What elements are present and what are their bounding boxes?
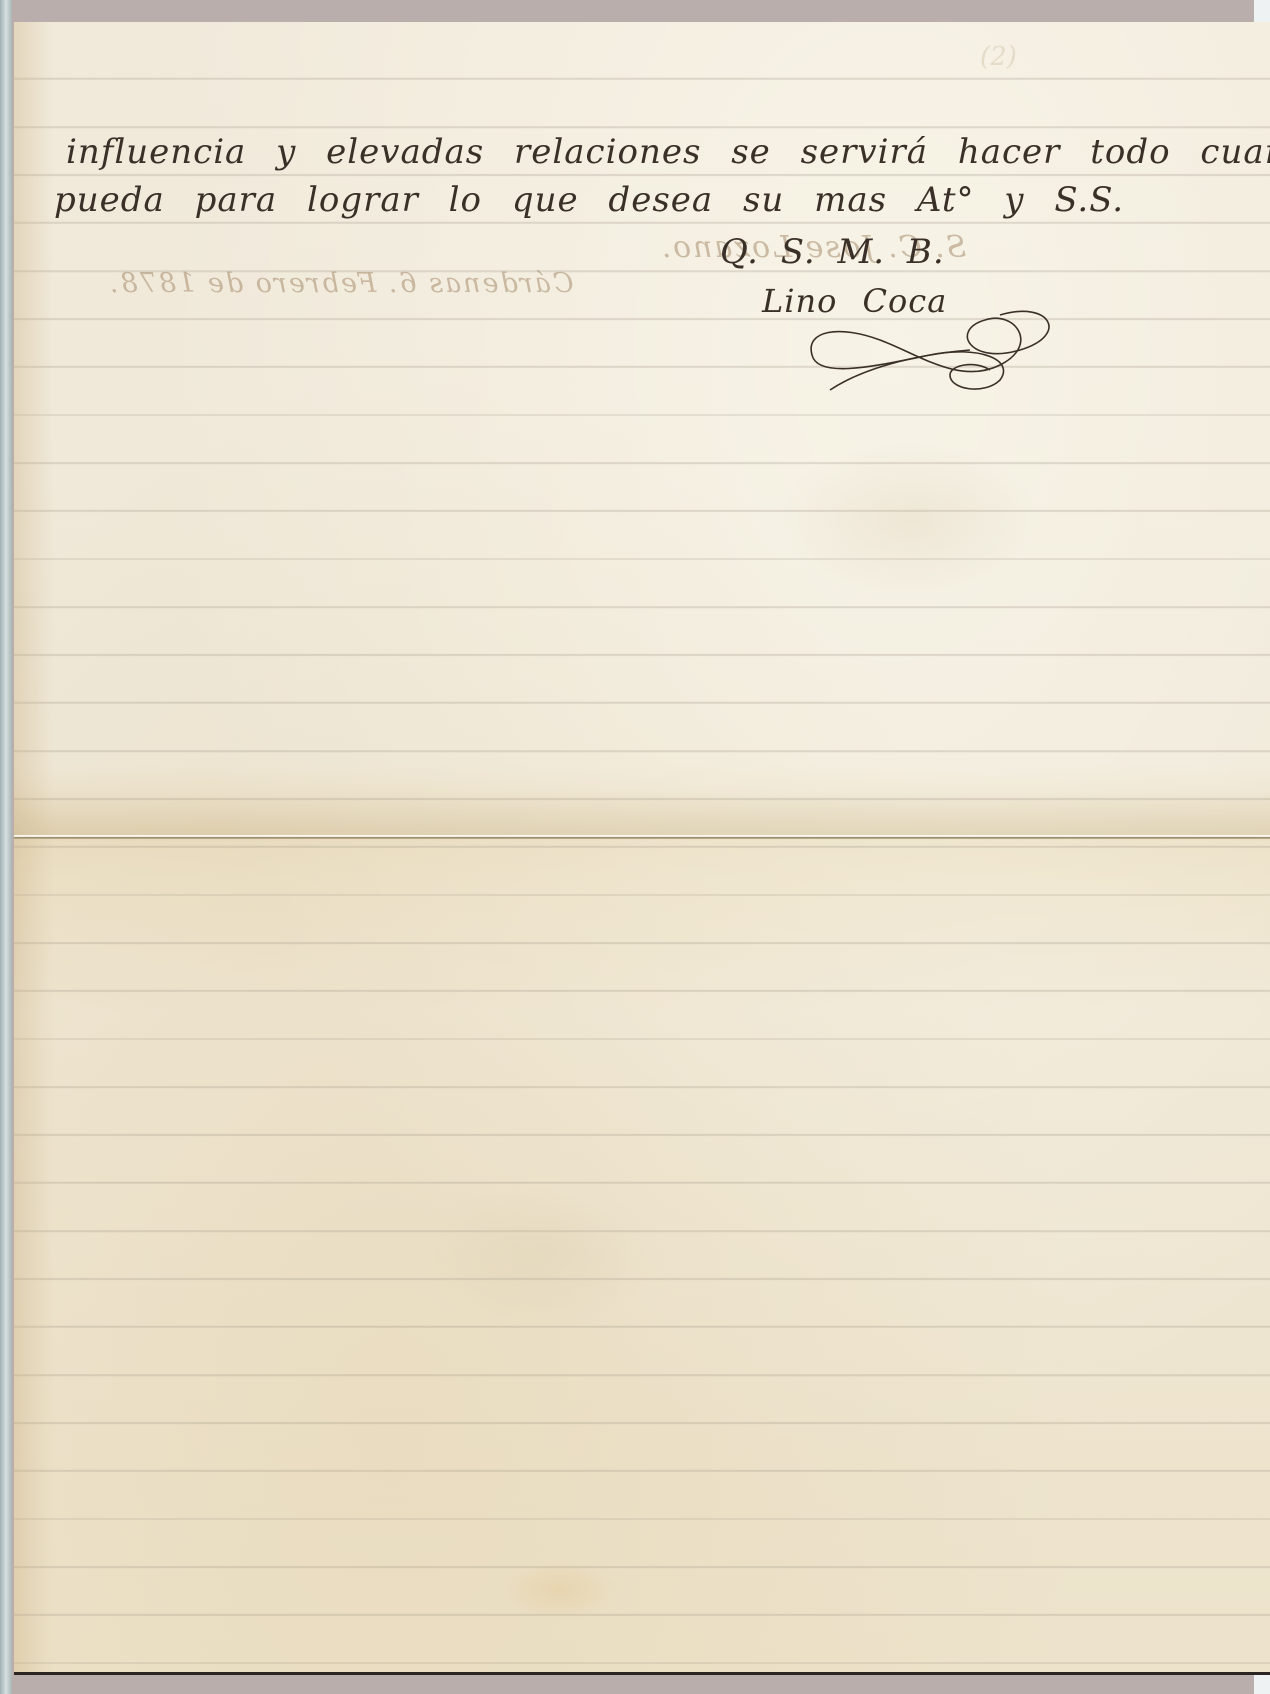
letter-closing: Q. S. M. B. bbox=[720, 232, 945, 272]
letter-body-line-2: pueda para lograr lo que desea su mas At… bbox=[54, 180, 1124, 220]
scan-border-left bbox=[0, 0, 12, 1694]
signature-flourish-icon bbox=[800, 295, 1060, 405]
bleed-through-date: Cárdenas 6. Febrero de 1878. bbox=[108, 268, 573, 299]
fold-shadow bbox=[14, 790, 1270, 835]
corner-page-mark: (2) bbox=[980, 42, 1017, 72]
page-fold-line bbox=[14, 835, 1270, 839]
letter-body-line-1: influencia y elevadas relaciones se serv… bbox=[66, 132, 1270, 172]
